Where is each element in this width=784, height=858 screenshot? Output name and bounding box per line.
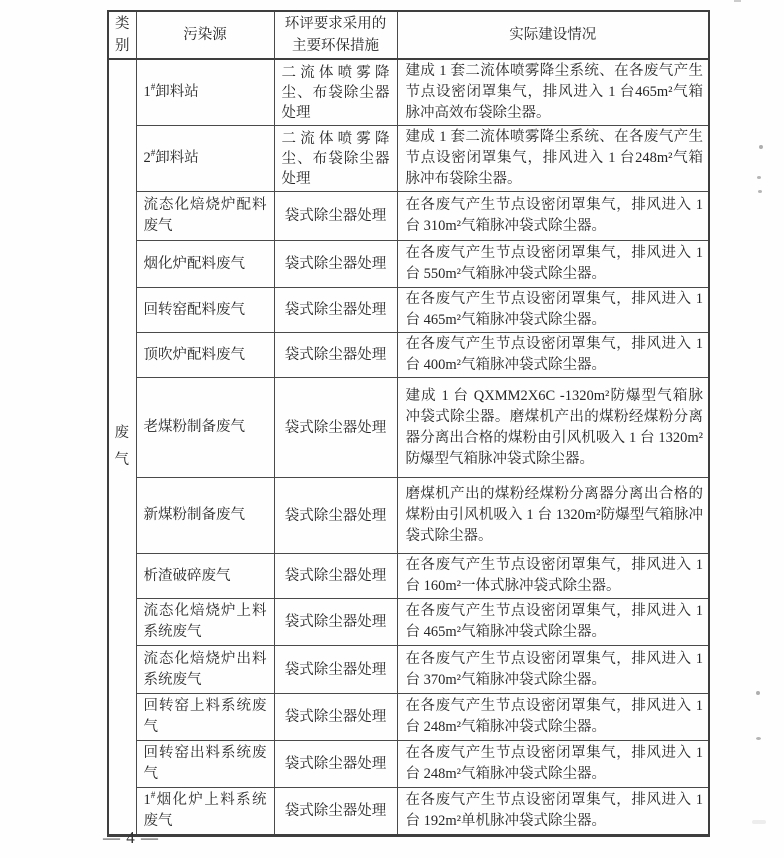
table-row: 废气1#卸料站 二流体喷雾降尘、布袋除尘器处理 建成 1 套二流体喷雾降尘系统、… <box>108 59 709 126</box>
actual-construction-cell: 在各废气产生节点设密闭罩集气，排风进入 1 台 465m²气箱脉冲袋式除尘器。 <box>397 288 709 333</box>
header-row: 类别 污染源 环评要求采用的 主要环保措施 实际建设情况 <box>108 11 709 59</box>
eia-measure-cell: 袋式除尘器处理 <box>274 646 397 694</box>
scan-edge-mark <box>734 0 741 2</box>
header-eia-measures-line2: 主要环保措施 <box>277 35 395 57</box>
header-eia-measures: 环评要求采用的 主要环保措施 <box>274 11 397 59</box>
header-category: 类别 <box>108 11 136 59</box>
eia-measure-cell: 袋式除尘器处理 <box>274 741 397 788</box>
eia-measure-cell: 袋式除尘器处理 <box>274 378 397 478</box>
pollution-source-cell: 回转窑上料系统废气 <box>136 694 274 741</box>
pollution-source-cell: 新煤粉制备废气 <box>136 478 274 554</box>
table-row: 回转窑配料废气 袋式除尘器处理 在各废气产生节点设密闭罩集气，排风进入 1 台 … <box>108 288 709 333</box>
table-row: 流态化焙烧炉上料系统废气 袋式除尘器处理 在各废气产生节点设密闭罩集气，排风进入… <box>108 599 709 646</box>
eia-measure-cell: 袋式除尘器处理 <box>274 192 397 241</box>
emission-control-table: 类别 污染源 环评要求采用的 主要环保措施 实际建设情况 废气1#卸料站 二流体… <box>107 10 710 837</box>
page-number: — 4 — <box>103 828 223 848</box>
table-row: 新煤粉制备废气 袋式除尘器处理 磨煤机产出的煤粉经煤粉分离器分离出合格的煤粉由引… <box>108 478 709 554</box>
actual-construction-cell: 磨煤机产出的煤粉经煤粉分离器分离出合格的煤粉由引风机吸入 1 台 1320m²防… <box>397 478 709 554</box>
number-sign-superscript: # <box>151 148 156 158</box>
header-pollution-source: 污染源 <box>136 11 274 59</box>
eia-measure-cell: 袋式除尘器处理 <box>274 788 397 836</box>
eia-measure-cell: 袋式除尘器处理 <box>274 599 397 646</box>
actual-construction-cell: 在各废气产生节点设密闭罩集气，排风进入 1 台 370m²气箱脉冲袋式除尘器。 <box>397 646 709 694</box>
scan-speck <box>758 190 762 193</box>
eia-measure-cell: 二流体喷雾降尘、布袋除尘器处理 <box>274 126 397 192</box>
pollution-source-cell: 顶吹炉配料废气 <box>136 333 274 378</box>
actual-construction-cell: 在各废气产生节点设密闭罩集气，排风进入 1 台 248m²气箱脉冲袋式除尘器。 <box>397 694 709 741</box>
scan-speck <box>756 737 761 740</box>
actual-construction-cell: 建成 1 套二流体喷雾降尘系统、在各废气产生节点设密闭罩集气，排风进入 1 台2… <box>397 126 709 192</box>
actual-construction-cell: 在各废气产生节点设密闭罩集气，排风进入 1 台 248m²气箱脉冲袋式除尘器。 <box>397 741 709 788</box>
table-row: 回转窑上料系统废气 袋式除尘器处理 在各废气产生节点设密闭罩集气，排风进入 1 … <box>108 694 709 741</box>
pollution-source-cell: 烟化炉配料废气 <box>136 241 274 288</box>
header-eia-measures-line1: 环评要求采用的 <box>277 13 395 35</box>
scan-smudge <box>752 820 766 824</box>
pollution-source-cell: 回转窑配料废气 <box>136 288 274 333</box>
pollution-source-cell: 回转窑出料系统废气 <box>136 741 274 788</box>
eia-measure-cell: 袋式除尘器处理 <box>274 333 397 378</box>
actual-construction-cell: 在各废气产生节点设密闭罩集气，排风进入 1 台 400m²气箱脉冲袋式除尘器。 <box>397 333 709 378</box>
table-row: 2#卸料站 二流体喷雾降尘、布袋除尘器处理 建成 1 套二流体喷雾降尘系统、在各… <box>108 126 709 192</box>
table-row: 烟化炉配料废气 袋式除尘器处理 在各废气产生节点设密闭罩集气，排风进入 1 台 … <box>108 241 709 288</box>
header-actual-construction: 实际建设情况 <box>397 11 709 59</box>
category-waste-gas-cell: 废气 <box>108 59 136 836</box>
pollution-source-cell: 析渣破碎废气 <box>136 554 274 599</box>
table-row: 顶吹炉配料废气 袋式除尘器处理 在各废气产生节点设密闭罩集气，排风进入 1 台 … <box>108 333 709 378</box>
eia-measure-cell: 二流体喷雾降尘、布袋除尘器处理 <box>274 59 397 126</box>
table-row: 回转窑出料系统废气 袋式除尘器处理 在各废气产生节点设密闭罩集气，排风进入 1 … <box>108 741 709 788</box>
scanned-document-page: 类别 污染源 环评要求采用的 主要环保措施 实际建设情况 废气1#卸料站 二流体… <box>0 0 784 858</box>
actual-construction-cell: 在各废气产生节点设密闭罩集气，排风进入 1 台 465m²气箱脉冲袋式除尘器。 <box>397 599 709 646</box>
actual-construction-cell: 建成 1 套二流体喷雾降尘系统、在各废气产生节点设密闭罩集气，排风进入 1 台4… <box>397 59 709 126</box>
number-sign-superscript: # <box>151 82 156 92</box>
table-row: 老煤粉制备废气 袋式除尘器处理 建成 1 台 QXMM2X6C -1320m²防… <box>108 378 709 478</box>
scan-speck <box>757 176 761 179</box>
table-row: 流态化焙烧炉出料系统废气 袋式除尘器处理 在各废气产生节点设密闭罩集气，排风进入… <box>108 646 709 694</box>
pollution-source-cell: 老煤粉制备废气 <box>136 378 274 478</box>
actual-construction-cell: 在各废气产生节点设密闭罩集气，排风进入 1 台 160m²一体式脉冲袋式除尘器。 <box>397 554 709 599</box>
eia-measure-cell: 袋式除尘器处理 <box>274 288 397 333</box>
actual-construction-cell: 在各废气产生节点设密闭罩集气，排风进入 1 台 192m²单机脉冲袋式除尘器。 <box>397 788 709 836</box>
pollution-source-cell: 流态化焙烧炉配料废气 <box>136 192 274 241</box>
pollution-source-cell: 流态化焙烧炉出料系统废气 <box>136 646 274 694</box>
eia-measure-cell: 袋式除尘器处理 <box>274 241 397 288</box>
scan-speck <box>759 145 763 149</box>
table-row: 流态化焙烧炉配料废气 袋式除尘器处理 在各废气产生节点设密闭罩集气，排风进入 1… <box>108 192 709 241</box>
pollution-source-cell: 1#卸料站 <box>136 59 274 126</box>
actual-construction-cell: 建成 1 台 QXMM2X6C -1320m²防爆型气箱脉冲袋式除尘器。磨煤机产… <box>397 378 709 478</box>
pollution-source-cell: 流态化焙烧炉上料系统废气 <box>136 599 274 646</box>
actual-construction-cell: 在各废气产生节点设密闭罩集气，排风进入 1 台 310m²气箱脉冲袋式除尘器。 <box>397 192 709 241</box>
table-body: 废气1#卸料站 二流体喷雾降尘、布袋除尘器处理 建成 1 套二流体喷雾降尘系统、… <box>108 59 709 836</box>
table-row: 析渣破碎废气 袋式除尘器处理 在各废气产生节点设密闭罩集气，排风进入 1 台 1… <box>108 554 709 599</box>
number-sign-superscript: # <box>151 790 156 800</box>
pollution-source-cell: 2#卸料站 <box>136 126 274 192</box>
table-header: 类别 污染源 环评要求采用的 主要环保措施 实际建设情况 <box>108 11 709 59</box>
eia-measure-cell: 袋式除尘器处理 <box>274 478 397 554</box>
eia-measure-cell: 袋式除尘器处理 <box>274 554 397 599</box>
eia-measure-cell: 袋式除尘器处理 <box>274 694 397 741</box>
actual-construction-cell: 在各废气产生节点设密闭罩集气，排风进入 1 台 550m²气箱脉冲袋式除尘器。 <box>397 241 709 288</box>
scan-speck <box>756 691 760 695</box>
